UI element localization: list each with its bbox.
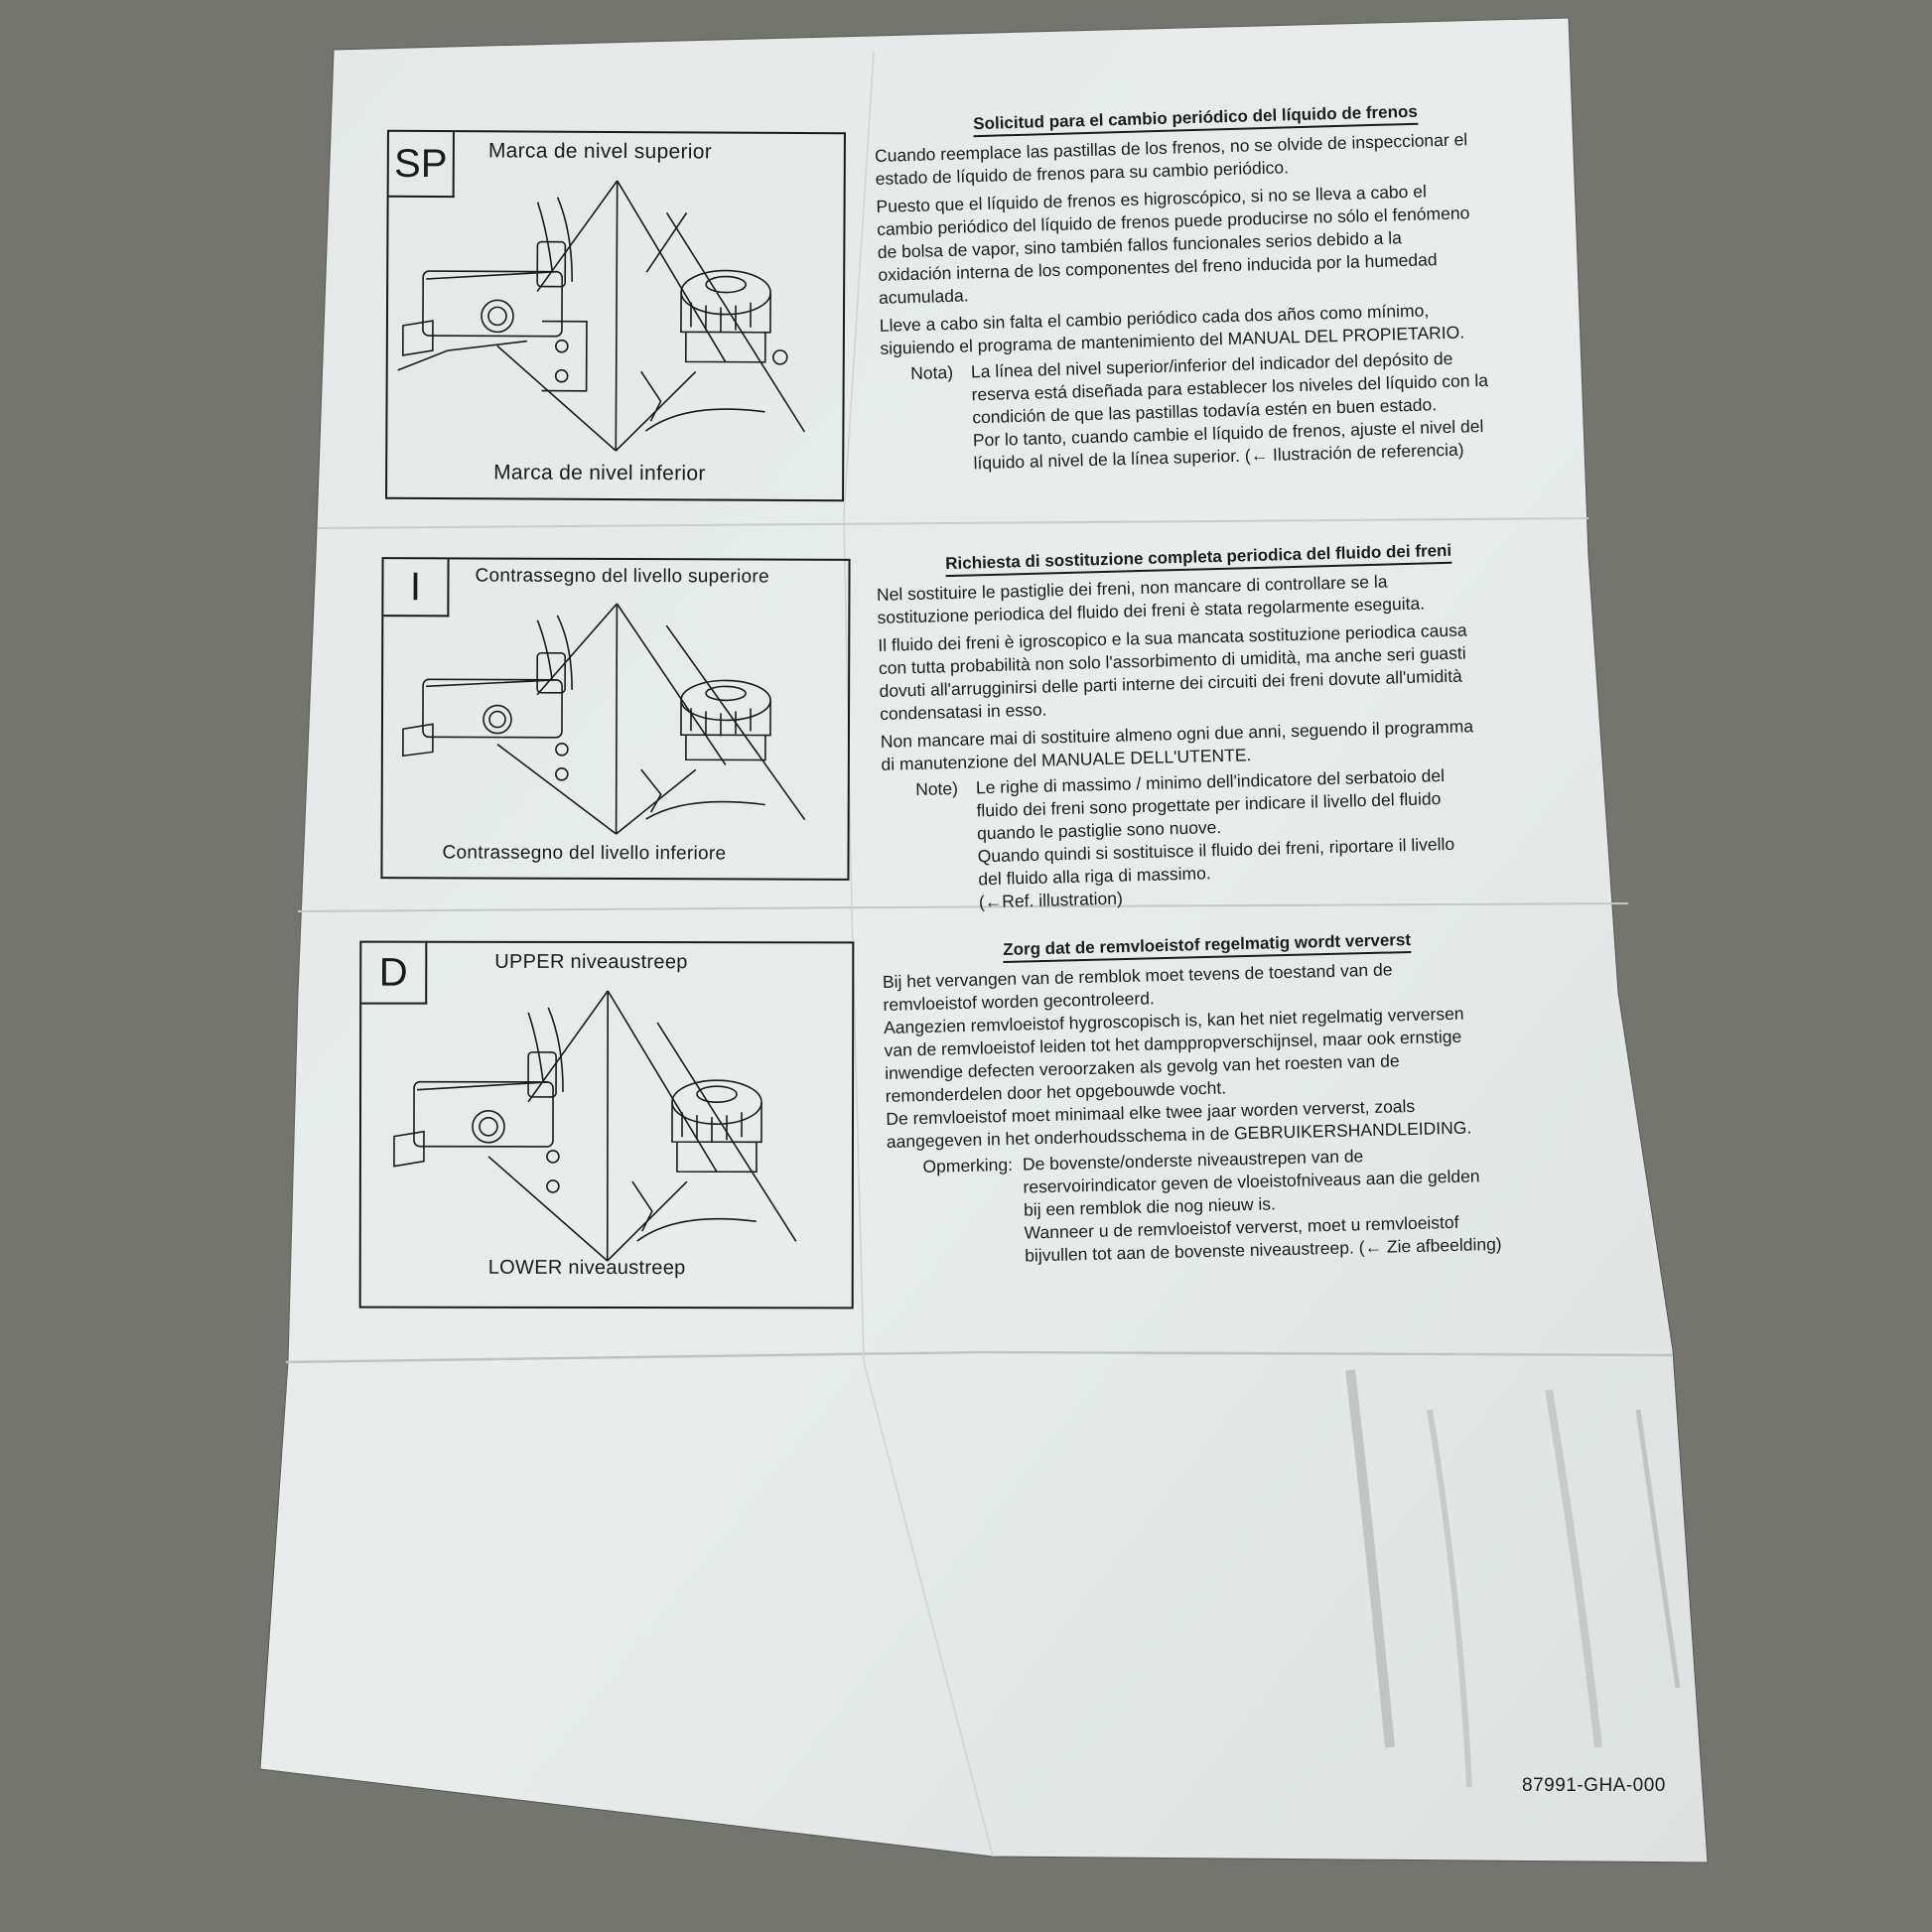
note-body: Le righe di massimo / minimo dell'indica… [976, 764, 1456, 914]
note-label: Opmerking: [887, 1154, 1025, 1271]
paragraph: Il fluido dei freni è igroscopico e la s… [878, 619, 1472, 726]
lower-level-label: Contrassegno del livello inferiore [442, 842, 726, 865]
illustration-box-d: D UPPER niveaustreep [359, 941, 855, 1310]
lower-level-label: LOWER niveaustreep [488, 1257, 686, 1280]
upper-level-label: UPPER niveaustreep [494, 951, 687, 974]
brake-reservoir-illustration [383, 595, 849, 840]
part-number: 87991-GHA-000 [1522, 1775, 1666, 1797]
brake-reservoir-illustration [387, 172, 844, 462]
note-block: Opmerking: De bovenste/onderste niveaust… [887, 1142, 1502, 1271]
illustration-box-sp: SP Marca de nivel superior [385, 130, 846, 501]
section-title: Zorg dat de remvloeistof regelmatig word… [1003, 930, 1411, 963]
lower-level-label: Marca de nivel inferior [493, 461, 706, 485]
section-italian: Richiesta di sostituzione completa perio… [876, 540, 1478, 916]
note-block: Note) Le righe di massimo / minimo dell'… [882, 763, 1478, 916]
brake-reservoir-illustration [371, 983, 842, 1267]
note-body: La línea del nivel superior/inferior del… [971, 346, 1490, 475]
upper-level-label: Contrassegno del livello superiore [475, 566, 768, 589]
section-dutch: Zorg dat de remvloeistof regelmatig word… [882, 928, 1502, 1271]
section-spanish: Solicitud para el cambio periódico del l… [874, 100, 1490, 478]
paragraph: Bij het vervangen van de remblok moet te… [883, 956, 1499, 1154]
upper-level-label: Marca de nivel superior [488, 139, 712, 164]
note-body: De bovenste/onderste niveaustrepen van d… [1023, 1142, 1502, 1268]
paragraph: Puesto que el líquido de frenos es higro… [876, 179, 1485, 310]
note-block: Nota) La línea del nivel superior/inferi… [881, 346, 1490, 478]
note-label: Nota) [881, 360, 974, 477]
illustration-box-i: I Contrassegno del livello superiore [380, 557, 850, 881]
instruction-leaflet: SP Marca de nivel superior [0, 0, 1932, 1932]
note-label: Note) [882, 776, 979, 915]
